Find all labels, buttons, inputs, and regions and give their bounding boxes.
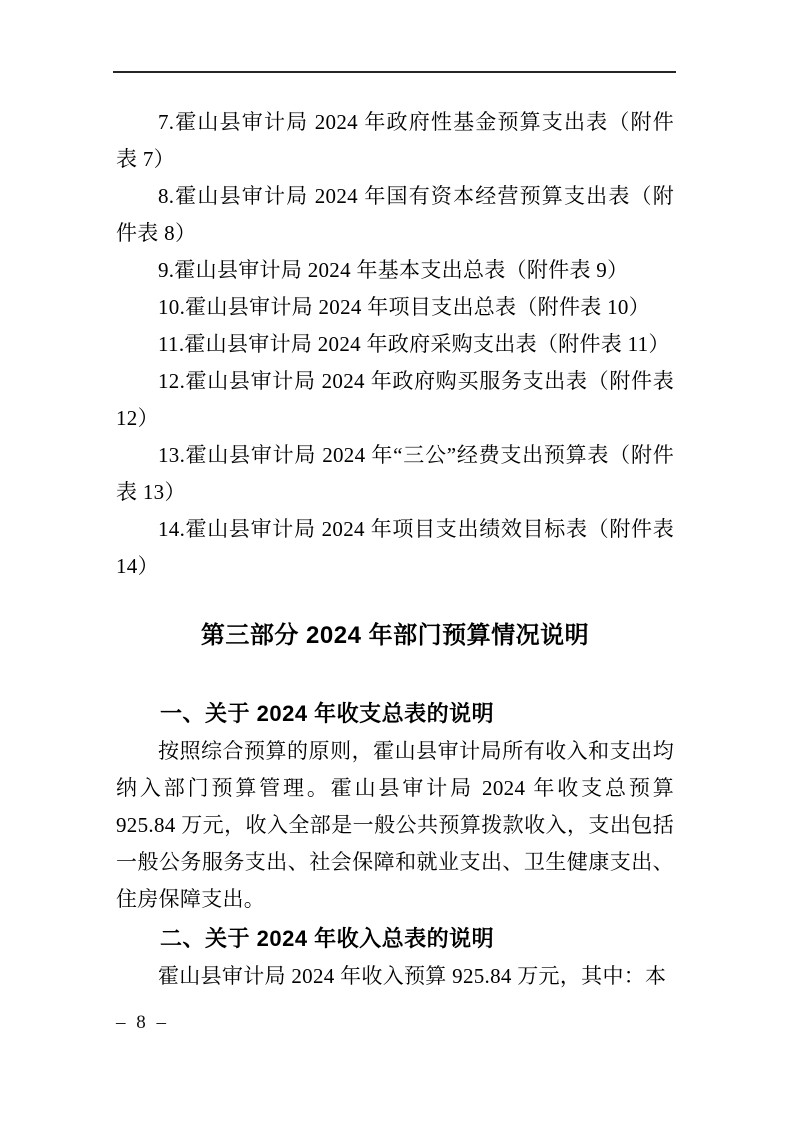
document-page: 7.霍山县审计局 2024 年政府性基金预算支出表（附件表 7） 8.霍山县审计…: [0, 0, 793, 1122]
attachment-item-8: 8.霍山县审计局 2024 年国有资本经营预算支出表（附件表 8）: [116, 178, 674, 252]
subsection-2-heading: 二、关于 2024 年收入总表的说明: [116, 920, 674, 958]
page-content: 7.霍山县审计局 2024 年政府性基金预算支出表（附件表 7） 8.霍山县审计…: [116, 104, 674, 995]
page-number: – 8 –: [116, 1012, 169, 1034]
attachment-item-13: 13.霍山县审计局 2024 年“三公”经费支出预算表（附件表 13）: [116, 437, 674, 511]
attachment-item-11: 11.霍山县审计局 2024 年政府采购支出表（附件表 11）: [116, 326, 674, 363]
subsection-1-heading: 一、关于 2024 年收支总表的说明: [116, 695, 674, 733]
subsection-2-paragraph: 霍山县审计局 2024 年收入预算 925.84 万元，其中：本: [116, 958, 674, 995]
attachment-item-7: 7.霍山县审计局 2024 年政府性基金预算支出表（附件表 7）: [116, 104, 674, 178]
subsection-1-paragraph: 按照综合预算的原则，霍山县审计局所有收入和支出均纳入部门预算管理。霍山县审计局 …: [116, 733, 674, 918]
attachment-item-9: 9.霍山县审计局 2024 年基本支出总表（附件表 9）: [116, 252, 674, 289]
attachment-item-14: 14.霍山县审计局 2024 年项目支出绩效目标表（附件表 14）: [116, 511, 674, 585]
attachment-item-10: 10.霍山县审计局 2024 年项目支出总表（附件表 10）: [116, 289, 674, 326]
attachment-item-12: 12.霍山县审计局 2024 年政府购买服务支出表（附件表 12）: [116, 363, 674, 437]
section-heading: 第三部分 2024 年部门预算情况说明: [116, 615, 674, 657]
header-rule: [113, 71, 676, 73]
